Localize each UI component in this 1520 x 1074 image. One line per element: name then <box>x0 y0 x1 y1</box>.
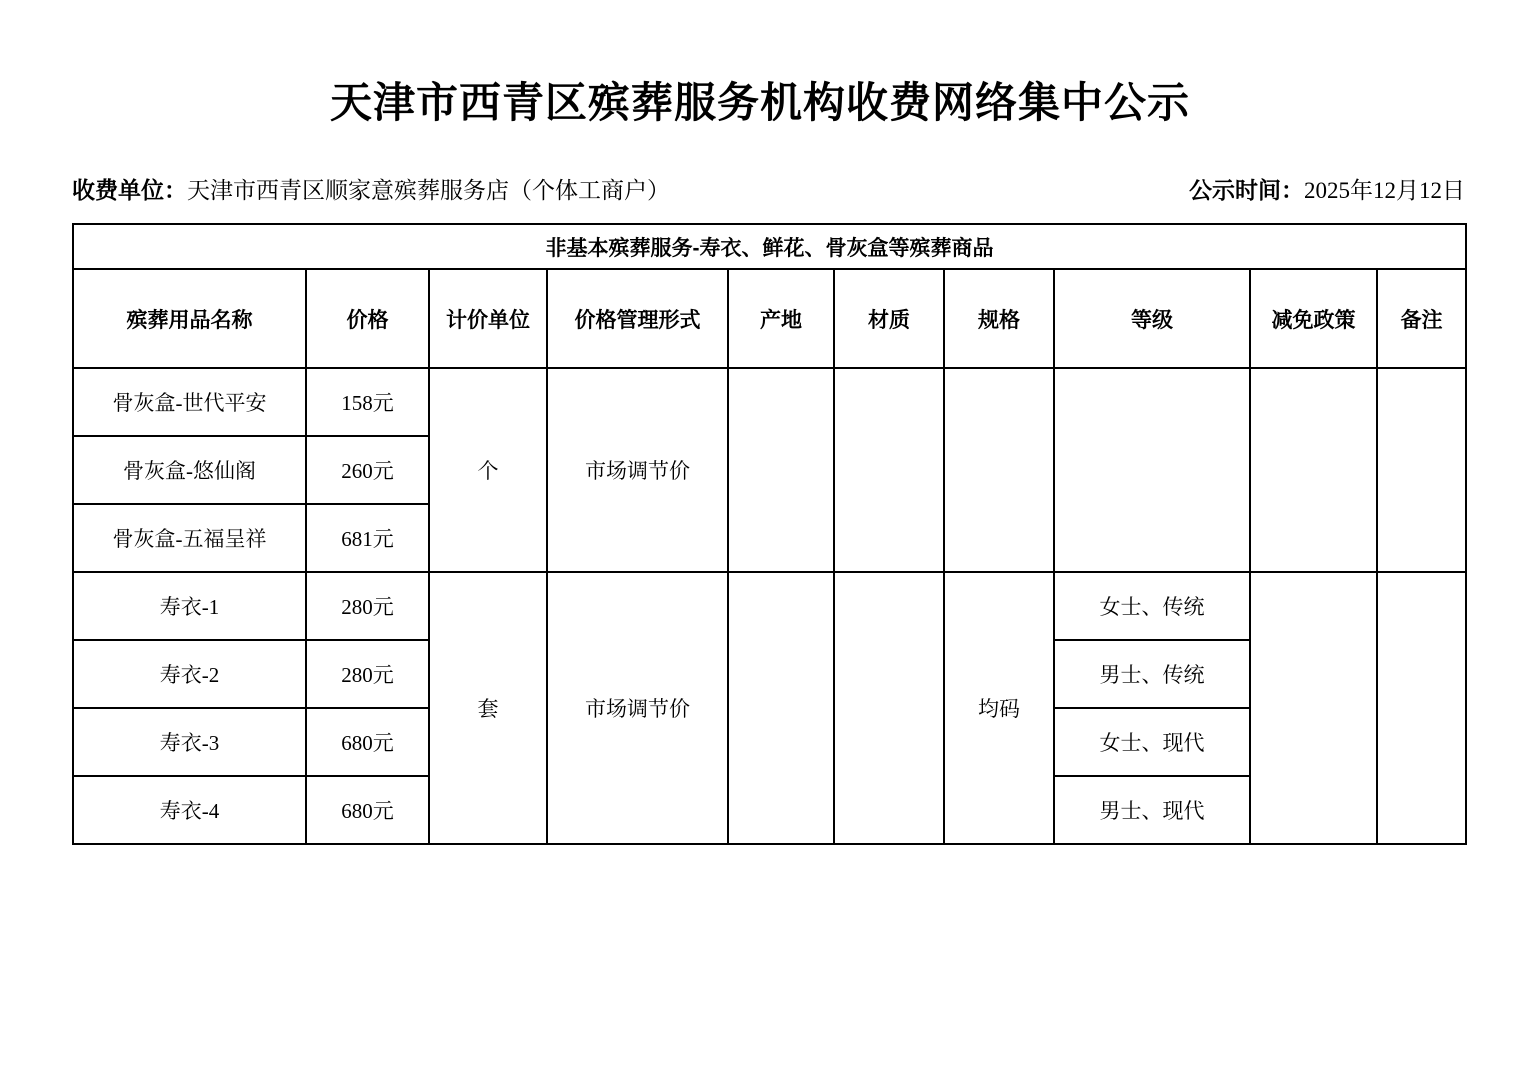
header-unit: 计价单位 <box>429 269 547 368</box>
price-management-cell: 市场调节价 <box>547 368 728 572</box>
section-title-cell: 非基本殡葬服务-寿衣、鲜花、骨灰盒等殡葬商品 <box>73 224 1466 269</box>
header-note: 备注 <box>1377 269 1466 368</box>
material-cell <box>834 572 944 844</box>
publish-time-label: 公示时间： <box>1189 177 1304 203</box>
table-row: 骨灰盒-世代平安 158元 个 市场调节价 <box>73 368 1466 436</box>
price-cell: 681元 <box>306 504 429 572</box>
grade-cell: 男士、传统 <box>1054 640 1250 708</box>
unit-cell: 套 <box>429 572 547 844</box>
section-title-row: 非基本殡葬服务-寿衣、鲜花、骨灰盒等殡葬商品 <box>73 224 1466 269</box>
header-price-management: 价格管理形式 <box>547 269 728 368</box>
note-cell <box>1377 368 1466 572</box>
info-row: 收费单位：天津市西青区顺家意殡葬服务店（个体工商户） 公示时间：2025年12月… <box>72 176 1465 205</box>
grade-cell: 男士、现代 <box>1054 776 1250 844</box>
header-product-name: 殡葬用品名称 <box>73 269 306 368</box>
fee-table: 非基本殡葬服务-寿衣、鲜花、骨灰盒等殡葬商品 殡葬用品名称 价格 计价单位 价格… <box>72 223 1467 845</box>
charging-unit-label: 收费单位： <box>72 177 187 203</box>
charging-unit: 收费单位：天津市西青区顺家意殡葬服务店（个体工商户） <box>72 176 670 205</box>
header-policy: 减免政策 <box>1250 269 1377 368</box>
header-material: 材质 <box>834 269 944 368</box>
product-name-cell: 寿衣-4 <box>73 776 306 844</box>
grade-cell: 女士、传统 <box>1054 572 1250 640</box>
product-name-cell: 骨灰盒-世代平安 <box>73 368 306 436</box>
spec-cell: 均码 <box>944 572 1054 844</box>
notice-page: 天津市西青区殡葬服务机构收费网络集中公示 收费单位：天津市西青区顺家意殡葬服务店… <box>0 0 1520 1074</box>
unit-cell: 个 <box>429 368 547 572</box>
grade-cell: 女士、现代 <box>1054 708 1250 776</box>
note-cell <box>1377 572 1466 844</box>
policy-cell <box>1250 572 1377 844</box>
origin-cell <box>728 368 834 572</box>
page-title: 天津市西青区殡葬服务机构收费网络集中公示 <box>0 0 1520 130</box>
spec-cell <box>944 368 1054 572</box>
price-cell: 280元 <box>306 572 429 640</box>
header-origin: 产地 <box>728 269 834 368</box>
policy-cell <box>1250 368 1377 572</box>
price-cell: 260元 <box>306 436 429 504</box>
origin-cell <box>728 572 834 844</box>
table-row: 寿衣-1 280元 套 市场调节价 均码 女士、传统 <box>73 572 1466 640</box>
price-cell: 680元 <box>306 776 429 844</box>
price-cell: 158元 <box>306 368 429 436</box>
charging-unit-value: 天津市西青区顺家意殡葬服务店（个体工商户） <box>187 178 670 203</box>
publish-time-value: 2025年12月12日 <box>1304 178 1465 203</box>
product-name-cell: 寿衣-2 <box>73 640 306 708</box>
material-cell <box>834 368 944 572</box>
product-name-cell: 寿衣-1 <box>73 572 306 640</box>
product-name-cell: 骨灰盒-五福呈祥 <box>73 504 306 572</box>
publish-time: 公示时间：2025年12月12日 <box>1189 176 1465 205</box>
price-cell: 680元 <box>306 708 429 776</box>
product-name-cell: 骨灰盒-悠仙阁 <box>73 436 306 504</box>
table-header-row: 殡葬用品名称 价格 计价单位 价格管理形式 产地 材质 规格 等级 减免政策 备… <box>73 269 1466 368</box>
header-price: 价格 <box>306 269 429 368</box>
grade-cell <box>1054 368 1250 572</box>
price-management-cell: 市场调节价 <box>547 572 728 844</box>
price-cell: 280元 <box>306 640 429 708</box>
header-spec: 规格 <box>944 269 1054 368</box>
header-grade: 等级 <box>1054 269 1250 368</box>
product-name-cell: 寿衣-3 <box>73 708 306 776</box>
